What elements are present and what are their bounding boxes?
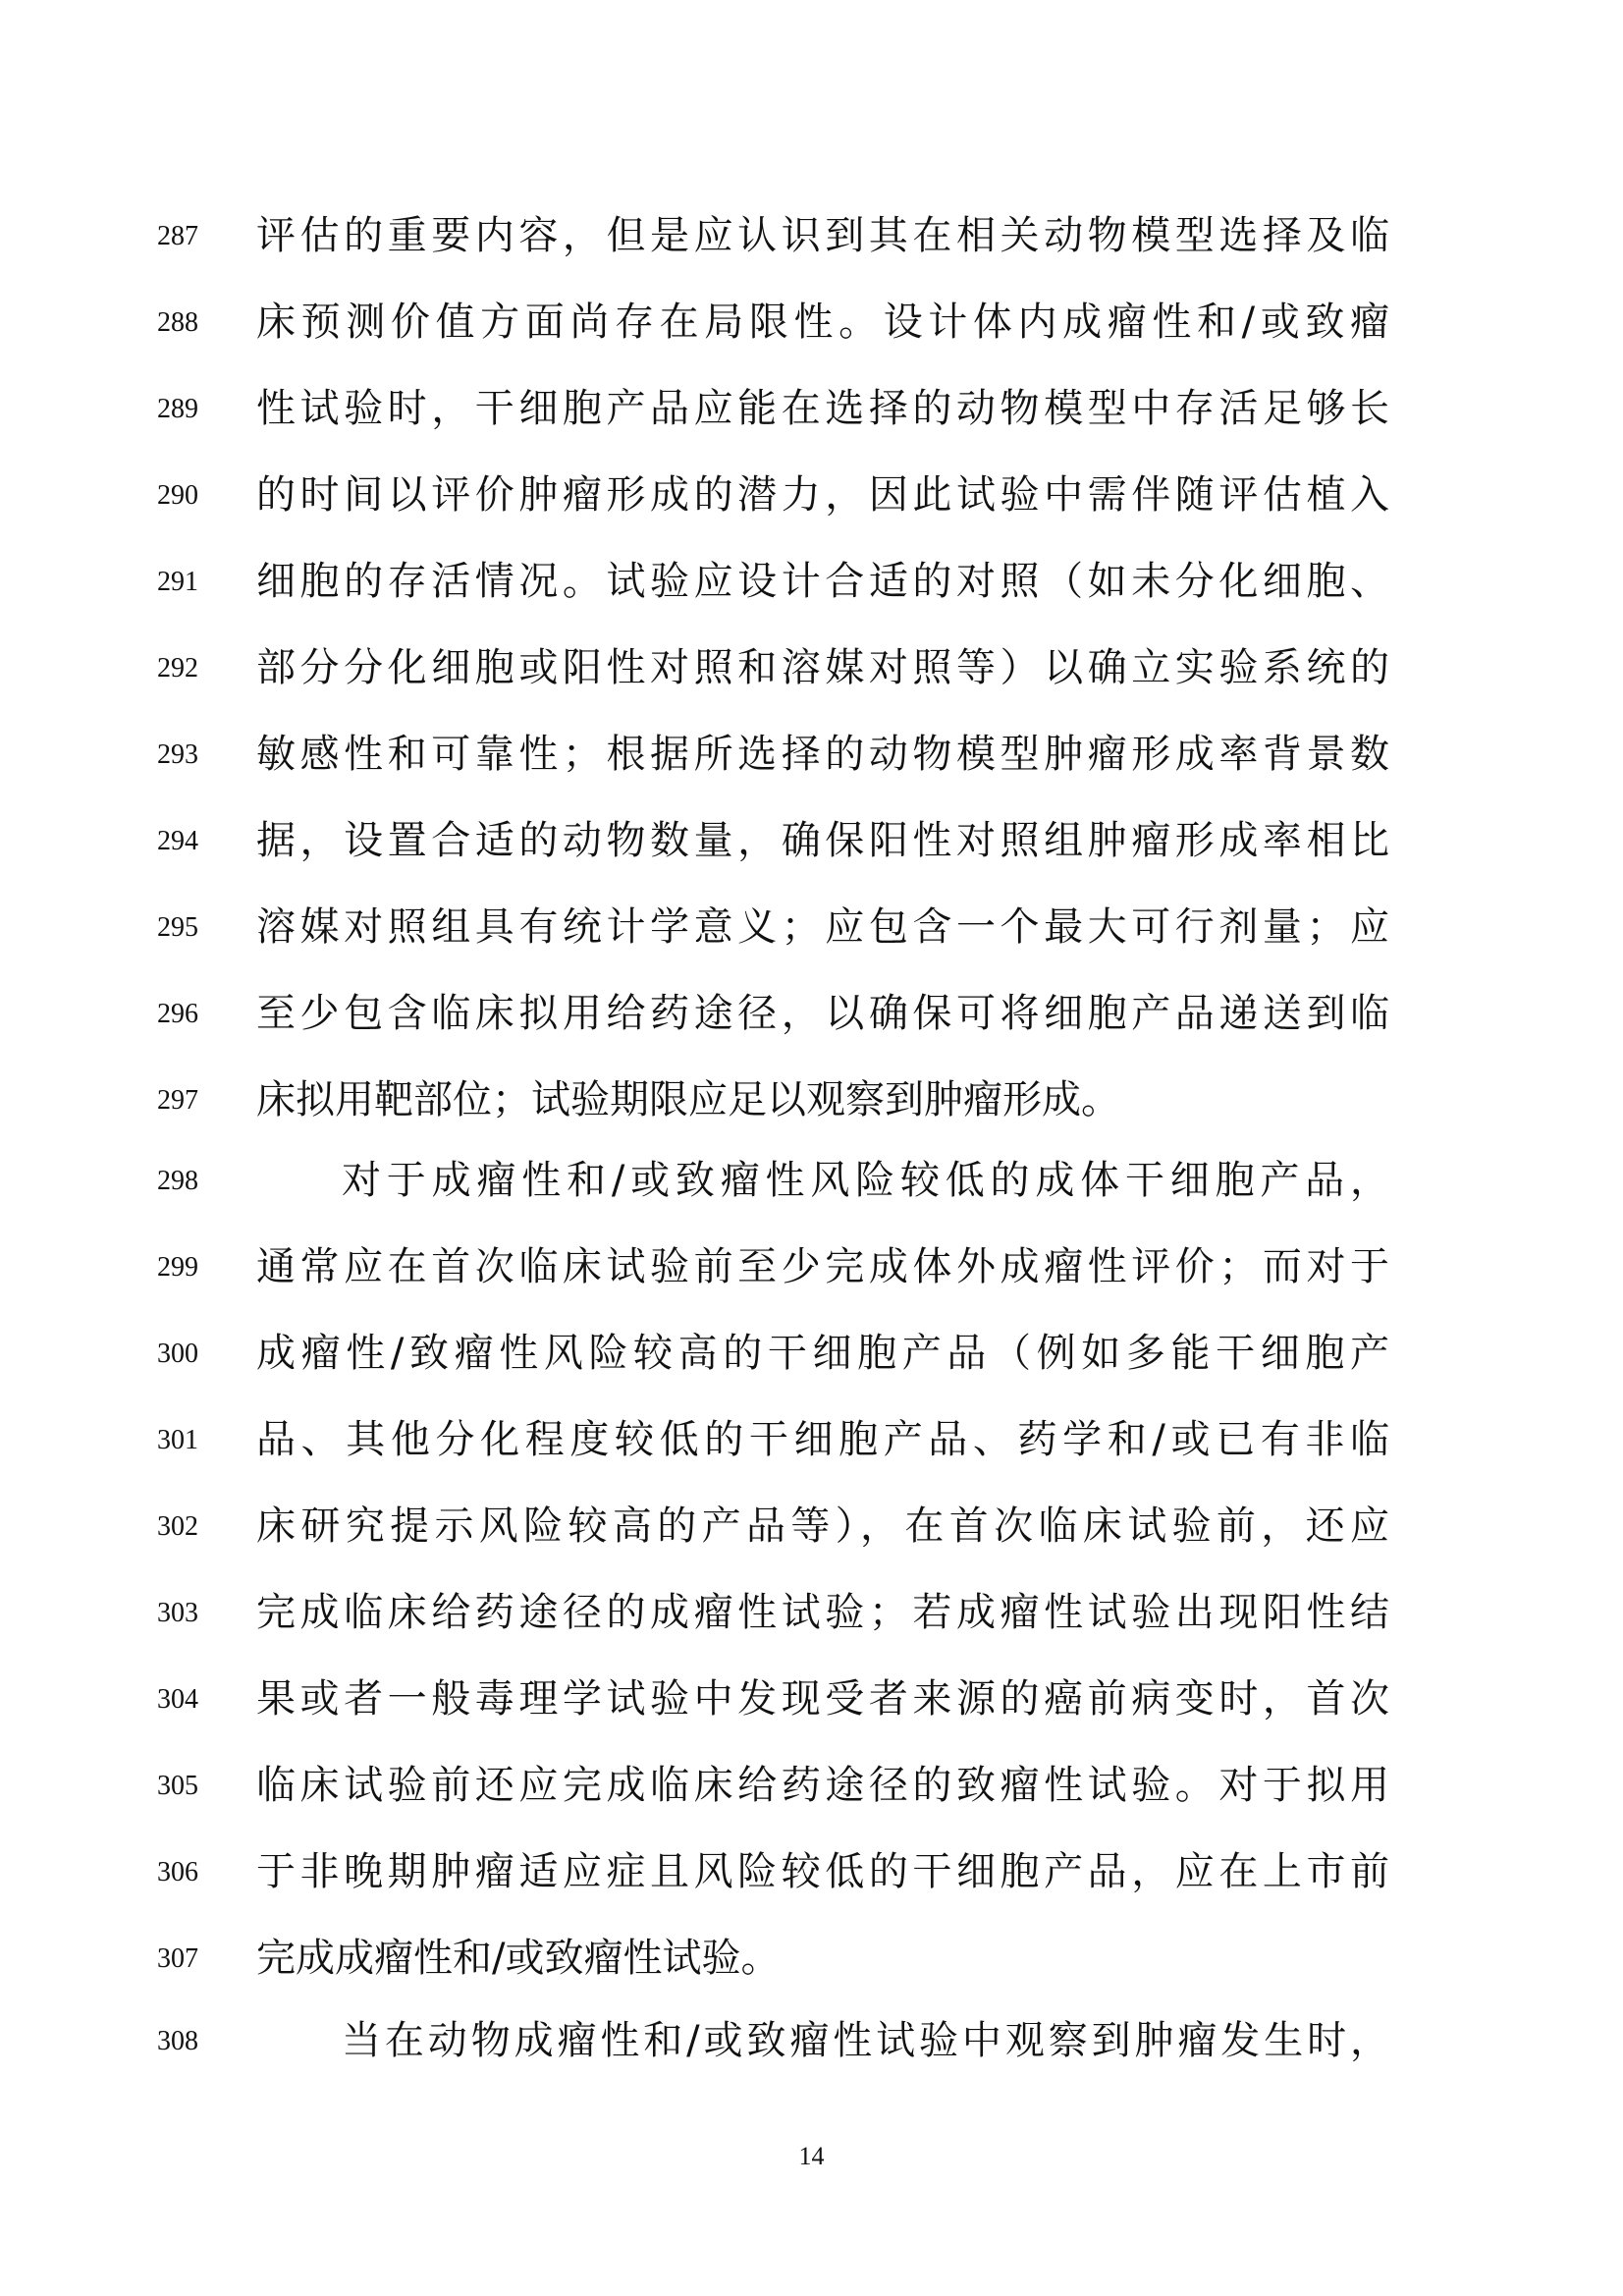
text-line: 289 性试验时，干细胞产品应能在选择的动物模型中存活足够长 (0, 379, 1623, 438)
line-number: 287 (157, 220, 216, 253)
line-text: 完成临床给药途径的成瘤性试验；若成瘤性试验出现阳性结 (256, 1583, 1389, 1642)
line-number: 299 (157, 1251, 216, 1285)
text-line: 290 的时间以评价肿瘤形成的潜力，因此试验中需伴随评估植入 (0, 465, 1623, 524)
line-text: 溶媒对照组具有统计学意义；应包含一个最大可行剂量；应 (256, 898, 1389, 957)
text-line: 308 当在动物成瘤性和/或致瘤性试验中观察到肿瘤发生时， (0, 2011, 1623, 2070)
line-text: 评估的重要内容，但是应认识到其在相关动物模型选择及临 (256, 206, 1389, 265)
line-number: 288 (157, 306, 216, 340)
line-text: 至少包含临床拟用给药途径，以确保可将细胞产品递送到临 (256, 984, 1389, 1043)
line-text: 通常应在首次临床试验前至少完成体外成瘤性评价；而对于 (256, 1237, 1389, 1296)
text-line: 295 溶媒对照组具有统计学意义；应包含一个最大可行剂量；应 (0, 898, 1623, 957)
line-text: 于非晚期肿瘤适应症且风险较低的干细胞产品，应在上市前 (256, 1842, 1389, 1901)
text-line: 300 成瘤性/致瘤性风险较高的干细胞产品（例如多能干细胞产 (0, 1324, 1623, 1383)
text-line: 297 床拟用靶部位；试验期限应足以观察到肿瘤形成。 (0, 1070, 1623, 1129)
line-number: 293 (157, 738, 216, 772)
line-number: 303 (157, 1597, 216, 1630)
text-line: 292 部分分化细胞或阳性对照和溶媒对照等）以确立实验系统的 (0, 638, 1623, 697)
text-line: 304 果或者一般毒理学试验中发现受者来源的癌前病变时，首次 (0, 1669, 1623, 1728)
line-number: 308 (157, 2025, 216, 2058)
line-text: 细胞的存活情况。试验应设计合适的对照（如未分化细胞、 (256, 552, 1389, 611)
line-number: 295 (157, 911, 216, 945)
text-line: 303 完成临床给药途径的成瘤性试验；若成瘤性试验出现阳性结 (0, 1583, 1623, 1642)
text-line: 305 临床试验前还应完成临床给药途径的致瘤性试验。对于拟用 (0, 1756, 1623, 1815)
line-text: 品、其他分化程度较低的干细胞产品、药学和/或已有非临 (256, 1410, 1389, 1469)
line-text: 部分分化细胞或阳性对照和溶媒对照等）以确立实验系统的 (256, 638, 1389, 697)
line-number: 294 (157, 825, 216, 858)
line-number: 305 (157, 1770, 216, 1803)
line-text: 床研究提示风险较高的产品等），在首次临床试验前，还应 (256, 1497, 1389, 1556)
text-line: 293 敏感性和可靠性；根据所选择的动物模型肿瘤形成率背景数 (0, 725, 1623, 784)
text-line: 296 至少包含临床拟用给药途径，以确保可将细胞产品递送到临 (0, 984, 1623, 1043)
line-number: 298 (157, 1165, 216, 1198)
line-text: 敏感性和可靠性；根据所选择的动物模型肿瘤形成率背景数 (256, 725, 1389, 784)
line-text: 性试验时，干细胞产品应能在选择的动物模型中存活足够长 (256, 379, 1389, 438)
text-line: 307 完成成瘤性和/或致瘤性试验。 (0, 1929, 1623, 1988)
line-text: 果或者一般毒理学试验中发现受者来源的癌前病变时，首次 (256, 1669, 1389, 1728)
text-line: 287 评估的重要内容，但是应认识到其在相关动物模型选择及临 (0, 206, 1623, 265)
line-text: 临床试验前还应完成临床给药途径的致瘤性试验。对于拟用 (256, 1756, 1389, 1815)
text-line: 298 对于成瘤性和/或致瘤性风险较低的成体干细胞产品， (0, 1151, 1623, 1210)
line-number: 297 (157, 1084, 216, 1118)
line-number: 301 (157, 1424, 216, 1457)
line-number: 292 (157, 652, 216, 685)
text-line: 294 据，设置合适的动物数量，确保阳性对照组肿瘤形成率相比 (0, 811, 1623, 870)
line-number: 291 (157, 566, 216, 599)
line-text: 的时间以评价肿瘤形成的潜力，因此试验中需伴随评估植入 (256, 465, 1389, 524)
text-line: 291 细胞的存活情况。试验应设计合适的对照（如未分化细胞、 (0, 552, 1623, 611)
line-number: 307 (157, 1942, 216, 1976)
line-text: 床拟用靶部位；试验期限应足以观察到肿瘤形成。 (256, 1070, 1389, 1129)
text-line: 302 床研究提示风险较高的产品等），在首次临床试验前，还应 (0, 1497, 1623, 1556)
line-text: 据，设置合适的动物数量，确保阳性对照组肿瘤形成率相比 (256, 811, 1389, 870)
line-number: 290 (157, 479, 216, 513)
line-number: 300 (157, 1338, 216, 1371)
line-number: 304 (157, 1683, 216, 1717)
line-number: 296 (157, 998, 216, 1031)
text-line: 299 通常应在首次临床试验前至少完成体外成瘤性评价；而对于 (0, 1237, 1623, 1296)
text-line: 301 品、其他分化程度较低的干细胞产品、药学和/或已有非临 (0, 1410, 1623, 1469)
line-text: 完成成瘤性和/或致瘤性试验。 (256, 1929, 1389, 1988)
text-line: 306 于非晚期肿瘤适应症且风险较低的干细胞产品，应在上市前 (0, 1842, 1623, 1901)
line-text: 成瘤性/致瘤性风险较高的干细胞产品（例如多能干细胞产 (256, 1324, 1389, 1383)
line-number: 306 (157, 1856, 216, 1889)
text-line: 288 床预测价值方面尚存在局限性。设计体内成瘤性和/或致瘤 (0, 293, 1623, 352)
line-text: 床预测价值方面尚存在局限性。设计体内成瘤性和/或致瘤 (256, 293, 1389, 352)
line-number: 289 (157, 393, 216, 426)
line-text: 当在动物成瘤性和/或致瘤性试验中观察到肿瘤发生时， (342, 2011, 1389, 2070)
line-number: 302 (157, 1510, 216, 1544)
page-number: 14 (0, 2141, 1623, 2172)
line-text: 对于成瘤性和/或致瘤性风险较低的成体干细胞产品， (342, 1151, 1389, 1210)
document-page: 287 评估的重要内容，但是应认识到其在相关动物模型选择及临 288 床预测价值… (0, 0, 1623, 2296)
